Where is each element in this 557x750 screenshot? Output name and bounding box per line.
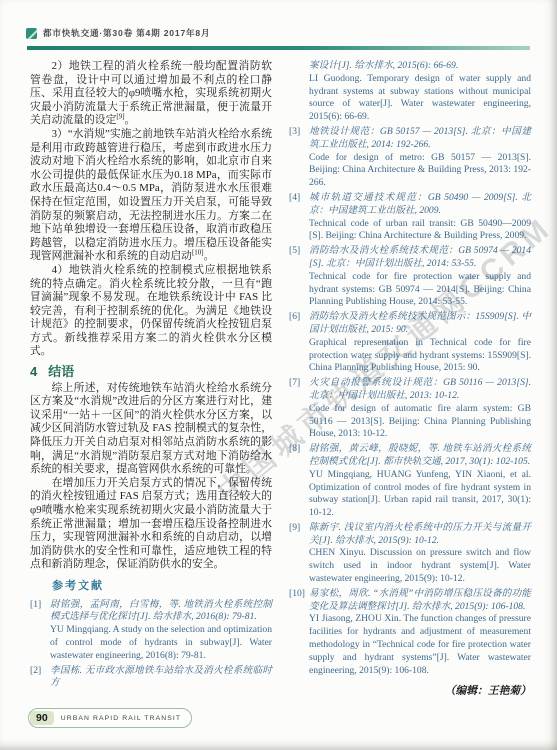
reference-number: [5] — [289, 245, 300, 258]
reference-english: Technical code for fire protection water… — [309, 271, 531, 309]
journal-logo-icon — [26, 28, 37, 39]
reference-item: [9] 陈新宇. 浅议室内消火栓系统中的压力开关与流量开关[J]. 给水排水, … — [289, 522, 531, 586]
editor-note: （编辑：王艳菊） — [289, 683, 531, 698]
footer-pill: 90 URBAN RAPID RAIL TRANSIT — [28, 708, 192, 728]
reference-chinese: 李国栋. 无市政水源地铁车站给水及消火栓系统临时方 — [50, 665, 272, 691]
reference-english: Graphical representation in Technical co… — [309, 337, 531, 375]
paragraph-text: 3）“水消规”实施之前地铁车站消火栓给水系统是利用市政跨越管进行稳压，考虑到市政… — [30, 128, 272, 262]
reference-item: [7] 火灾自动报警系统设计规范：GB 50116 — 2013[S]. 北京：… — [289, 377, 531, 441]
section-title: 结语 — [48, 364, 74, 379]
reference-item: [5] 消防给水及消火栓系统技术规范：GB 50974 — 2014 [S]. … — [289, 245, 531, 309]
reference-item: [8] 尉铭强，黄云峰，殷晓妮，等. 地铁车站消火栓系统控制模式优化[J]. 都… — [289, 443, 531, 520]
journal-header-text: 都市快轨交通·第30卷 第4期 2017年8月 — [43, 27, 210, 39]
reference-number: [10] — [289, 588, 305, 601]
paragraph-tail: 。 — [125, 114, 136, 126]
left-column: 2）地铁工程的消火栓系统一般均配置消防软管卷盘，设计中可以通过增加最不利点的栓口… — [30, 60, 272, 698]
reference-chinese: 消防给水及消火栓系统技术规范图示：15S909[S]. 中国计划出版社, 201… — [309, 311, 531, 337]
reference-english: Technical code of urban rail transit: GB… — [309, 218, 531, 244]
paragraph-text: 综上所述，对传统地铁车站消火栓给水系统分区方案及“水消规”改进后的分区方案进行对… — [30, 382, 272, 476]
body-paragraph: 在增加压力开关启泵方式的情况下，保留传统的消火栓按钮通过 FAS 启泵方式；选用… — [30, 477, 272, 572]
page-header: 都市快轨交通·第30卷 第4期 2017年8月 — [26, 27, 210, 39]
reference-item: [4] 城市轨道交通技术规范：GB 50490 — 2009[S]. 北京：中国… — [289, 192, 531, 243]
reference-chinese: 地铁设计规范：GB 50157 — 2013[S]. 北京：中国建筑工业出版社,… — [309, 126, 531, 152]
paragraph-text: 在增加压力开关启泵方式的情况下，保留传统的消火栓按钮通过 FAS 启泵方式；选用… — [30, 477, 272, 571]
citation-superscript: [10] — [192, 249, 204, 257]
reference-item: [3] 地铁设计规范：GB 50157 — 2013[S]. 北京：中国建筑工业… — [289, 126, 531, 190]
reference-english: YI Jiasong, ZHOU Xin. The function chang… — [309, 613, 531, 677]
page-number: 90 — [30, 711, 54, 725]
reference-item-continued: 案设计[J]. 给水排水, 2015(6): 66-69. LI Guodong… — [289, 60, 531, 124]
reference-english: YU Mingqiang. A study on the selection a… — [50, 624, 272, 662]
header-divider — [27, 46, 530, 50]
paragraph-text: 4）地铁消火栓系统的控制模式应根据地铁系统的特点确定。消火栓系统比较分散，一旦有… — [30, 264, 272, 358]
reference-english: Code for design of automatic fire alarm … — [309, 403, 531, 441]
reference-english: YU Mingqiang, HUANG Yunfeng, YIN Xiaoni,… — [309, 469, 531, 520]
section-number: 4 — [30, 364, 37, 379]
reference-chinese: 消防给水及消火栓系统技术规范：GB 50974 — 2014 [S]. 北京：中… — [309, 245, 531, 271]
journal-name-footer: URBAN RAPID RAIL TRANSIT — [61, 715, 181, 722]
reference-item: [10] 易家松，周欣. “水消规”中消防增压稳压设备的功能变化及算法调整探讨[… — [289, 588, 531, 678]
body-paragraph: 综上所述，对传统地铁车站消火栓给水系统分区方案及“水消规”改进后的分区方案进行对… — [30, 382, 272, 477]
reference-chinese: 城市轨道交通技术规范：GB 50490 — 2009[S]. 北京：中国建筑工业… — [309, 192, 531, 218]
reference-chinese: 火灾自动报警系统设计规范：GB 50116 — 2013[S]. 北京：中国计划… — [309, 377, 531, 403]
reference-number: [2] — [30, 665, 41, 678]
reference-item: [2] 李国栋. 无市政水源地铁车站给水及消火栓系统临时方 — [30, 665, 272, 691]
body-paragraph: 4）地铁消火栓系统的控制模式应根据地铁系统的特点确定。消火栓系统比较分散，一旦有… — [30, 264, 272, 359]
reference-number: [8] — [289, 443, 300, 456]
references-heading: 参考文献 — [30, 580, 272, 594]
reference-english: CHEN Xinyu. Discussion on pressure switc… — [309, 547, 531, 585]
reference-chinese: 陈新宇. 浅议室内消火栓系统中的压力开关与流量开关[J]. 给水排水, 2015… — [309, 522, 531, 548]
body-paragraph: 2）地铁工程的消火栓系统一般均配置消防软管卷盘，设计中可以通过增加最不利点的栓口… — [30, 60, 272, 128]
journal-page: 都市快轨交通·第30卷 第4期 2017年8月 中国城市轨道交通网CCRM 2）… — [0, 0, 557, 750]
citation-superscript: [9] — [116, 113, 124, 121]
reference-item: [6] 消防给水及消火栓系统技术规范图示：15S909[S]. 中国计划出版社,… — [289, 311, 531, 375]
article-columns: 2）地铁工程的消火栓系统一般均配置消防软管卷盘，设计中可以通过增加最不利点的栓口… — [30, 60, 531, 698]
reference-number: [4] — [289, 192, 300, 205]
reference-number: [1] — [30, 599, 41, 612]
reference-english: Code for design of metro: GB 50157 — 201… — [309, 152, 531, 190]
paragraph-text: 2）地铁工程的消火栓系统一般均配置消防软管卷盘，设计中可以通过增加最不利点的栓口… — [30, 60, 272, 126]
body-paragraph: 3）“水消规”实施之前地铁车站消火栓给水系统是利用市政跨越管进行稳压，考虑到市政… — [30, 128, 272, 264]
reference-number: [7] — [289, 377, 300, 390]
reference-chinese: 案设计[J]. 给水排水, 2015(6): 66-69. — [309, 60, 531, 73]
right-column: 案设计[J]. 给水排水, 2015(6): 66-69. LI Guodong… — [289, 60, 531, 698]
reference-number: [3] — [289, 126, 300, 139]
reference-chinese: 易家松，周欣. “水消规”中消防增压稳压设备的功能变化及算法调整探讨[J]. 给… — [309, 588, 531, 614]
reference-chinese: 尉铭强，孟阿南，白雪梅，等. 地铁消火栓系统控制模式选择与优化探讨[J]. 给水… — [50, 599, 272, 625]
page-footer: 90 URBAN RAPID RAIL TRANSIT — [28, 708, 192, 728]
reference-item: [1] 尉铭强，孟阿南，白雪梅，等. 地铁消火栓系统控制模式选择与优化探讨[J]… — [30, 599, 272, 663]
section-heading-conclusion: 4结语 — [30, 365, 272, 379]
paragraph-tail: 。 — [204, 250, 215, 262]
reference-chinese: 尉铭强，黄云峰，殷晓妮，等. 地铁车站消火栓系统控制模式优化[J]. 都市快轨交… — [309, 443, 531, 469]
reference-number: [6] — [289, 311, 300, 324]
reference-number: [9] — [289, 522, 300, 535]
reference-english: LI Guodong. Temporary design of water su… — [309, 73, 531, 124]
